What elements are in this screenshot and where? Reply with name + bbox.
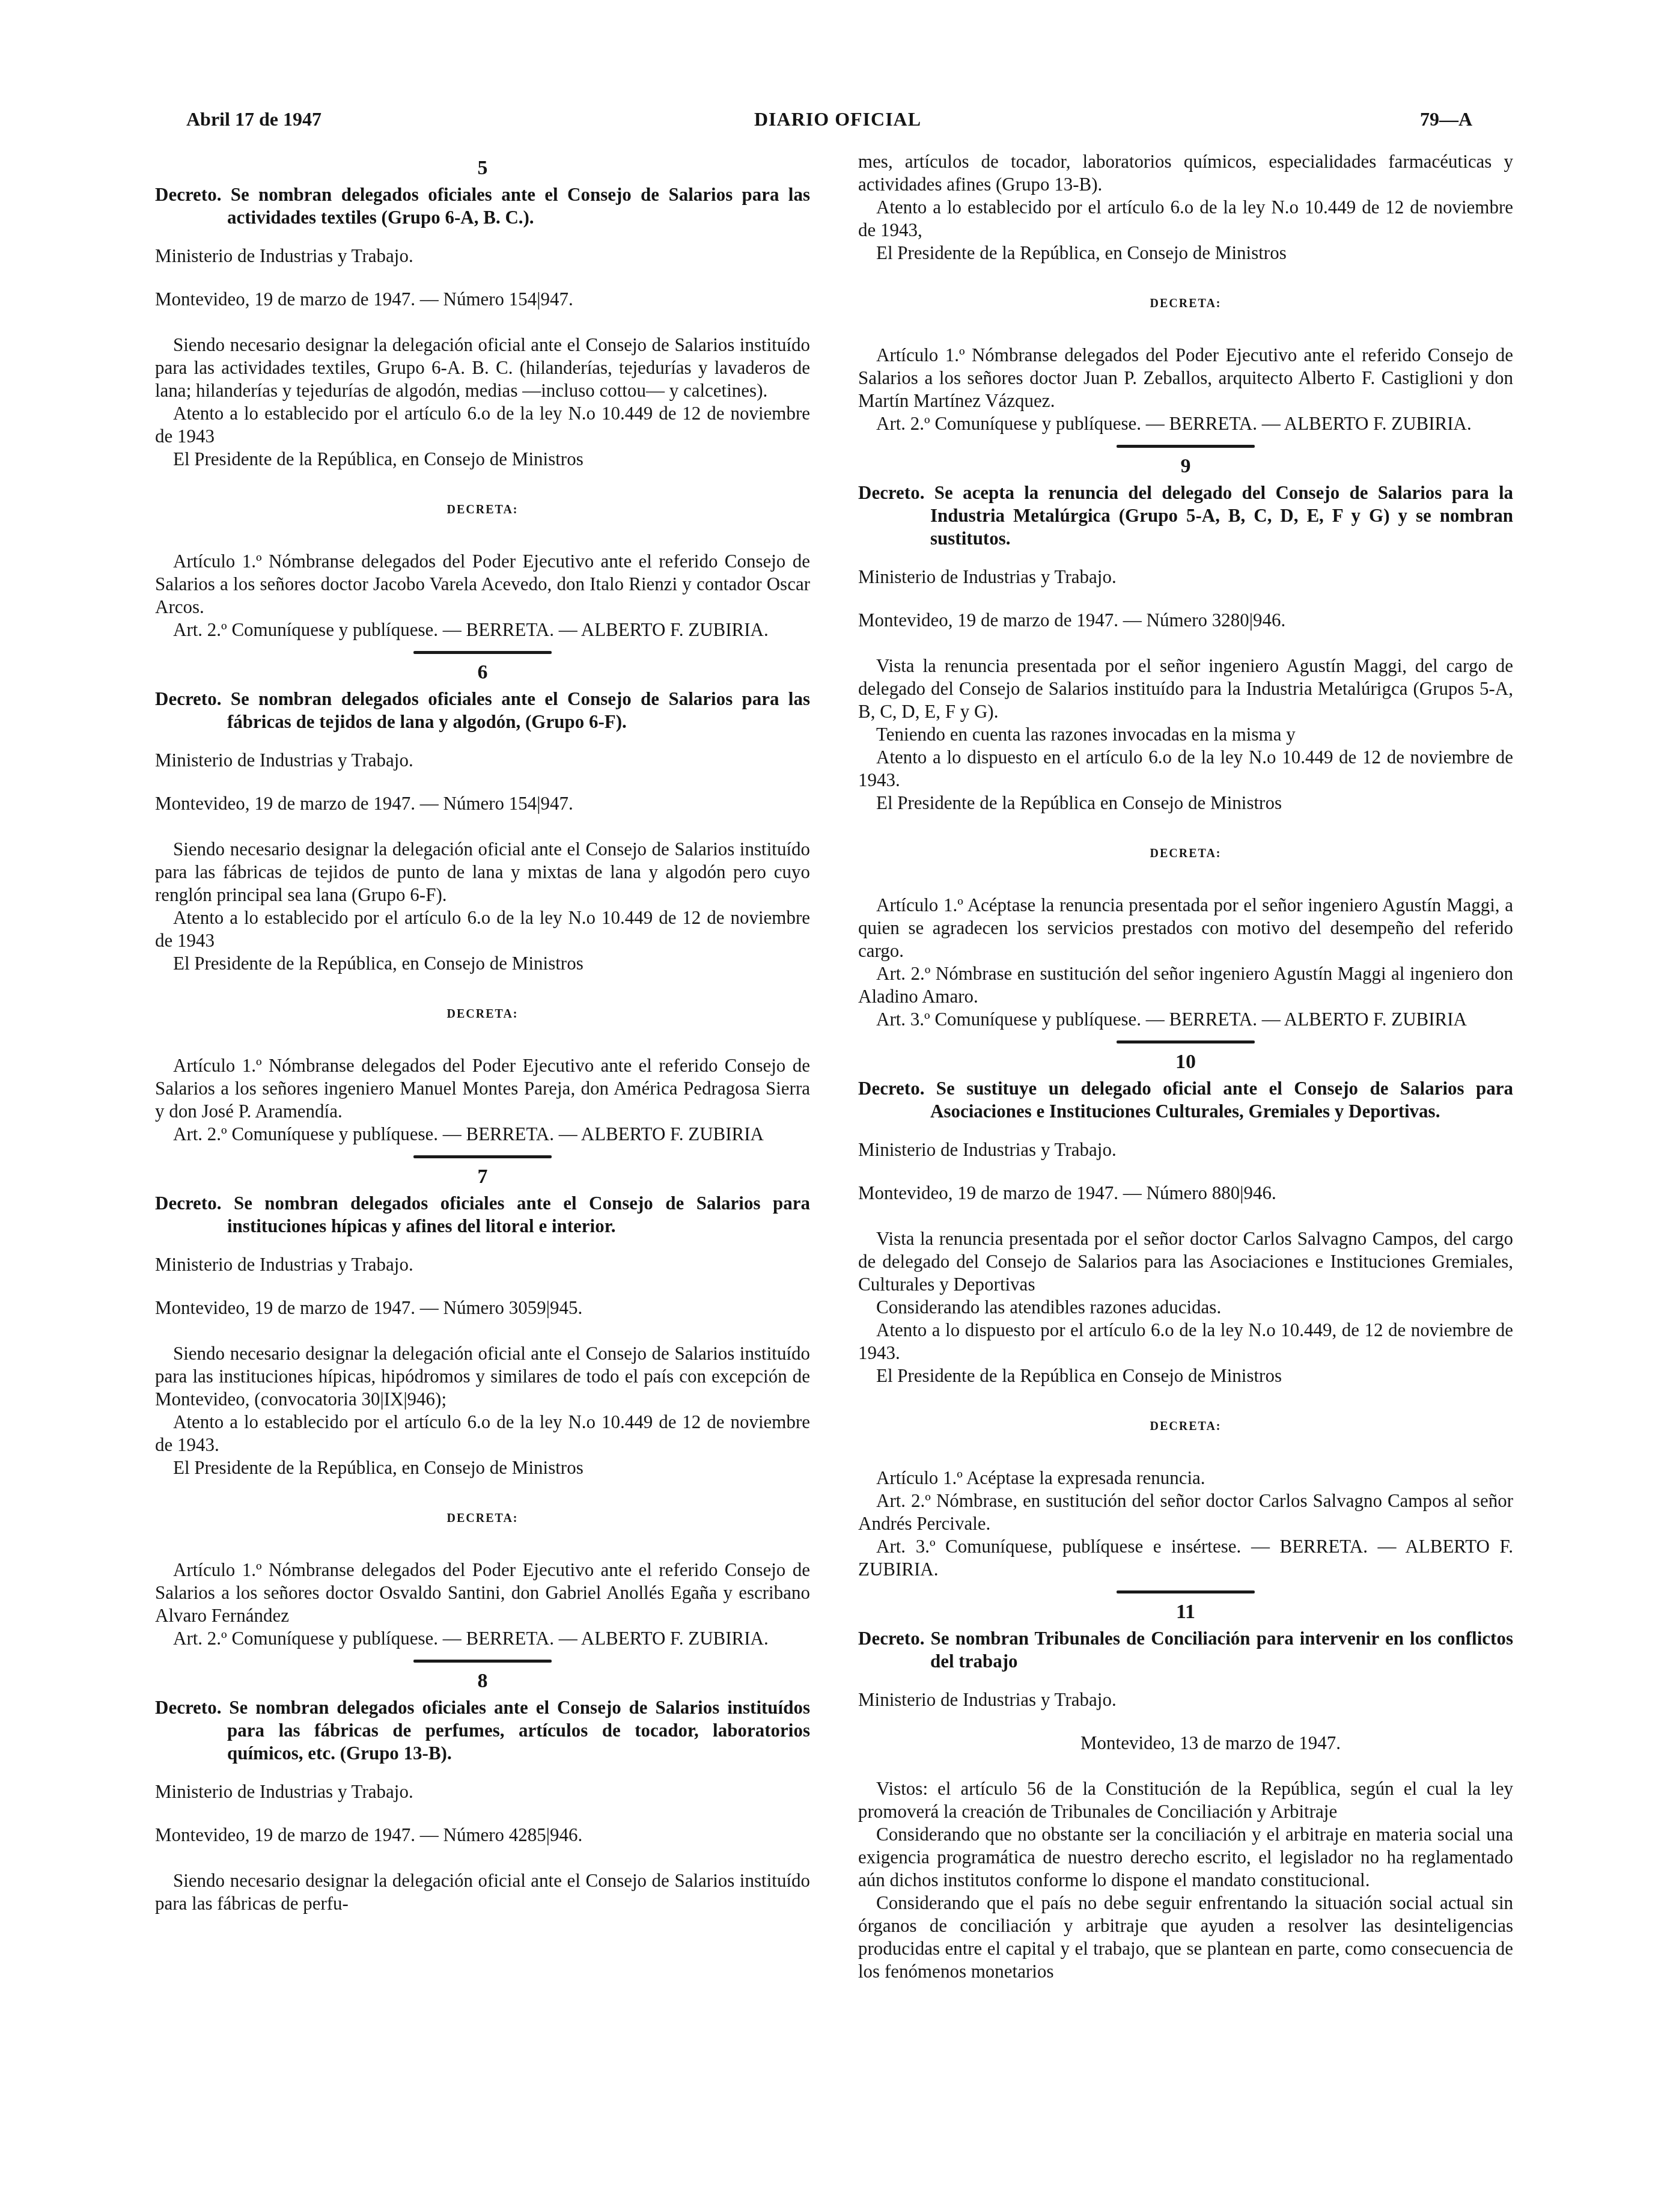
ministry: Ministerio de Industrias y Trabajo. xyxy=(155,1253,810,1276)
article: Artículo 1.º Nómbranse delegados del Pod… xyxy=(858,344,1513,412)
decreta-heading: DECRETA: xyxy=(858,1415,1513,1438)
left-column: 5 Decreto. Se nombran delegados oficiale… xyxy=(155,153,810,1915)
section-divider xyxy=(1117,445,1255,448)
decree-10: 10 Decreto. Se sustituye un delegado ofi… xyxy=(858,1051,1513,1581)
consideration: Considerando que el país no debe seguir … xyxy=(858,1892,1513,1983)
decree-8: 8 Decreto. Se nombran delegados oficiale… xyxy=(155,1670,810,1915)
page-number: 79—A xyxy=(1420,108,1472,130)
article: Artículo 1.º Acéptase la renuncia presen… xyxy=(858,894,1513,962)
consideration: Atento a lo establecido por el artículo … xyxy=(858,196,1513,242)
decree-6: 6 Decreto. Se nombran delegados oficiale… xyxy=(155,661,810,1146)
issue-date: Abril 17 de 1947 xyxy=(186,108,321,130)
decree-number: 5 xyxy=(155,157,810,180)
decree-summary: Decreto. Se acepta la renuncia del deleg… xyxy=(858,481,1513,550)
place-date: Montevideo, 19 de marzo de 1947. — Númer… xyxy=(155,1824,810,1847)
consideration: Vista la renuncia presentada por el seño… xyxy=(858,655,1513,723)
section-divider xyxy=(413,651,552,654)
consideration: Siendo necesario designar la delegación … xyxy=(155,838,810,906)
article: Art. 2.º Comuníquese y publíquese. — BER… xyxy=(858,412,1513,435)
consideration: Atento a lo establecido por el artículo … xyxy=(155,906,810,952)
consideration: Atento a lo establecido por el artículo … xyxy=(155,402,810,448)
decree-number: 11 xyxy=(858,1601,1513,1624)
ministry: Ministerio de Industrias y Trabajo. xyxy=(858,1138,1513,1161)
page-header: Abril 17 de 1947 DIARIO OFICIAL 79—A xyxy=(162,108,1472,144)
decree-number: 8 xyxy=(155,1670,810,1693)
article: Art. 2.º Comuníquese y publíquese. — BER… xyxy=(155,1123,810,1146)
decree-5: 5 Decreto. Se nombran delegados oficiale… xyxy=(155,157,810,641)
decree-summary: Decreto. Se nombran Tribunales de Concil… xyxy=(858,1627,1513,1673)
article: Art. 2.º Nómbrase en sustitución del señ… xyxy=(858,962,1513,1008)
publication-title: DIARIO OFICIAL xyxy=(754,108,921,130)
decree-8-continuation: mes, artículos de tocador, laboratorios … xyxy=(858,150,1513,435)
ministry: Ministerio de Industrias y Trabajo. xyxy=(858,566,1513,588)
section-divider xyxy=(413,1660,552,1663)
decree-7: 7 Decreto. Se nombran delegados oficiale… xyxy=(155,1166,810,1650)
consideration: El Presidente de la República, en Consej… xyxy=(155,448,810,471)
decree-number: 6 xyxy=(155,661,810,684)
ministry: Ministerio de Industrias y Trabajo. xyxy=(155,1780,810,1803)
ministry: Ministerio de Industrias y Trabajo. xyxy=(155,245,810,267)
ministry: Ministerio de Industrias y Trabajo. xyxy=(155,749,810,772)
decree-summary: Decreto. Se nombran delegados oficiales … xyxy=(155,1192,810,1238)
article: Art. 3.º Comuníquese, publíquese e insér… xyxy=(858,1535,1513,1581)
consideration: El Presidente de la República, en Consej… xyxy=(155,952,810,975)
consideration: Siendo necesario designar la delegación … xyxy=(155,334,810,402)
consideration: Siendo necesario designar la delegación … xyxy=(155,1342,810,1411)
right-column: mes, artículos de tocador, laboratorios … xyxy=(858,150,1513,1983)
place-date: Montevideo, 19 de marzo de 1947. — Númer… xyxy=(155,288,810,311)
decree-9: 9 Decreto. Se acepta la renuncia del del… xyxy=(858,455,1513,1031)
place-date: Montevideo, 19 de marzo de 1947. — Númer… xyxy=(155,1297,810,1319)
place-date: Montevideo, 19 de marzo de 1947. — Númer… xyxy=(858,609,1513,632)
article: Art. 2.º Nómbrase, en sustitución del se… xyxy=(858,1489,1513,1535)
article: Art. 3.º Comuníquese y publíquese. — BER… xyxy=(858,1008,1513,1031)
consideration: Considerando las atendibles razones aduc… xyxy=(858,1296,1513,1319)
decree-number: 7 xyxy=(155,1166,810,1188)
section-divider xyxy=(413,1155,552,1158)
article: Artículo 1.º Nómbranse delegados del Pod… xyxy=(155,1054,810,1123)
article: Art. 2.º Comuníquese y publíquese. — BER… xyxy=(155,619,810,641)
consideration: Vistos: el artículo 56 de la Constitució… xyxy=(858,1777,1513,1823)
place-date: Montevideo, 13 de marzo de 1947. xyxy=(858,1732,1513,1755)
decreta-heading: DECRETA: xyxy=(155,498,810,521)
consideration: El Presidente de la República, en Consej… xyxy=(858,242,1513,264)
article: Artículo 1.º Nómbranse delegados del Pod… xyxy=(155,550,810,619)
decree-summary: Decreto. Se sustituye un delegado oficia… xyxy=(858,1077,1513,1123)
decree-summary: Decreto. Se nombran delegados oficiales … xyxy=(155,688,810,733)
consideration: Siendo necesario designar la delegación … xyxy=(155,1869,810,1915)
consideration: Teniendo en cuenta las razones invocadas… xyxy=(858,723,1513,746)
decree-summary: Decreto. Se nombran delegados oficiales … xyxy=(155,183,810,229)
consideration: El Presidente de la República en Consejo… xyxy=(858,1364,1513,1387)
decreta-heading: DECRETA: xyxy=(858,292,1513,315)
decree-11: 11 Decreto. Se nombran Tribunales de Con… xyxy=(858,1601,1513,1983)
section-divider xyxy=(1117,1040,1255,1043)
decree-number: 10 xyxy=(858,1051,1513,1074)
consideration: Atento a lo dispuesto por el artículo 6.… xyxy=(858,1319,1513,1364)
consideration: Considerando que no obstante ser la conc… xyxy=(858,1823,1513,1892)
place-date: Montevideo, 19 de marzo de 1947. — Númer… xyxy=(155,792,810,815)
consideration: Vista la renuncia presentada por el seño… xyxy=(858,1227,1513,1296)
ministry: Ministerio de Industrias y Trabajo. xyxy=(858,1688,1513,1711)
section-divider xyxy=(1117,1590,1255,1593)
consideration: Atento a lo dispuesto en el artículo 6.o… xyxy=(858,746,1513,792)
consideration: mes, artículos de tocador, laboratorios … xyxy=(858,150,1513,196)
decree-summary: Decreto. Se nombran delegados oficiales … xyxy=(155,1696,810,1765)
consideration: El Presidente de la República en Consejo… xyxy=(858,792,1513,814)
article: Artículo 1.º Acéptase la expresada renun… xyxy=(858,1467,1513,1489)
decreta-heading: DECRETA: xyxy=(155,1003,810,1025)
consideration: Atento a lo establecido por el artículo … xyxy=(155,1411,810,1456)
decreta-heading: DECRETA: xyxy=(155,1507,810,1530)
decreta-heading: DECRETA: xyxy=(858,842,1513,865)
article: Artículo 1.º Nómbranse delegados del Pod… xyxy=(155,1559,810,1627)
consideration: El Presidente de la República, en Consej… xyxy=(155,1456,810,1479)
article: Art. 2.º Comuníquese y publíquese. — BER… xyxy=(155,1627,810,1650)
decree-number: 9 xyxy=(858,455,1513,478)
place-date: Montevideo, 19 de marzo de 1947. — Númer… xyxy=(858,1182,1513,1205)
